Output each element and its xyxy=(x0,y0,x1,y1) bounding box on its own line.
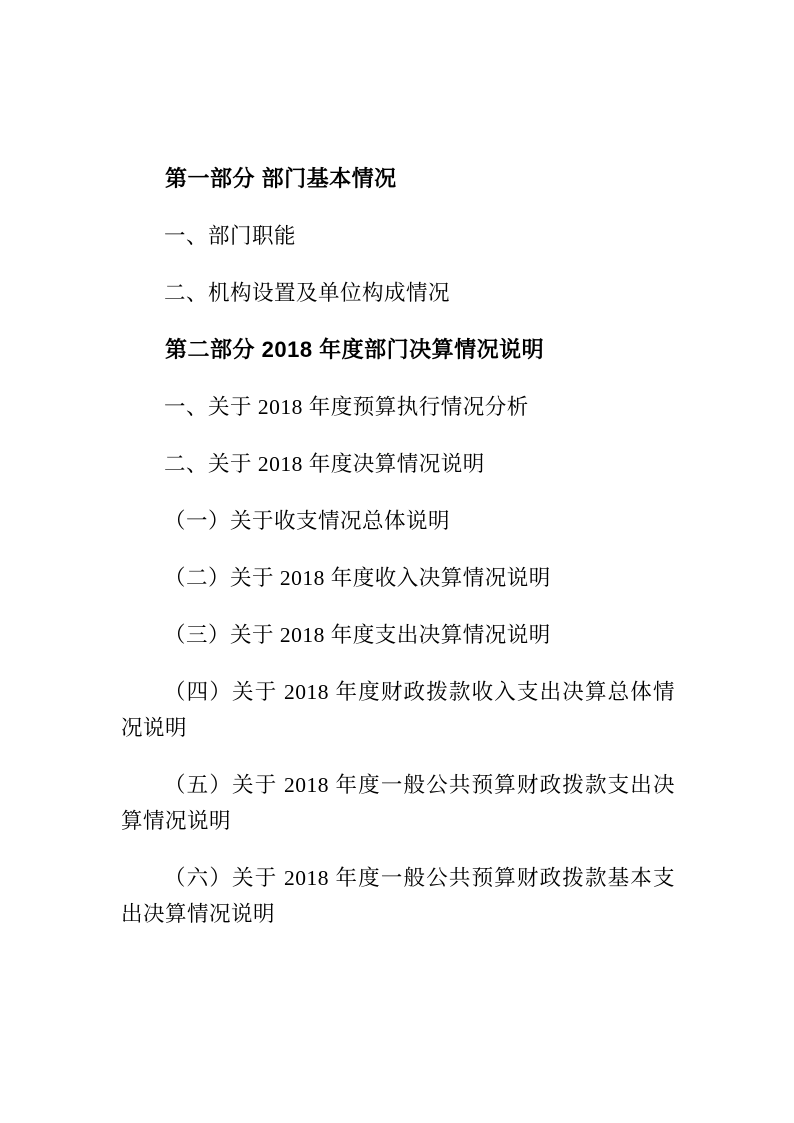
part2-subitem-1: （一）关于收支情况总体说明 xyxy=(121,503,675,539)
part2-item-1: 一、关于 2018 年度预算执行情况分析 xyxy=(121,389,675,425)
part2-subitem-2: （二）关于 2018 年度收入决算情况说明 xyxy=(121,560,675,596)
part2-subitem-4: （四）关于 2018 年度财政拨款收入支出决算总体情况说明 xyxy=(121,674,675,746)
part1-item-2: 二、机构设置及单位构成情况 xyxy=(121,275,675,311)
part2-item-2: 二、关于 2018 年度决算情况说明 xyxy=(121,446,675,482)
part1-heading: 第一部分 部门基本情况 xyxy=(121,161,675,197)
document-page: 第一部分 部门基本情况 一、部门职能 二、机构设置及单位构成情况 第二部分 20… xyxy=(0,0,794,1123)
part2-subitem-3: （三）关于 2018 年度支出决算情况说明 xyxy=(121,617,675,653)
part1-item-1: 一、部门职能 xyxy=(121,218,675,254)
part2-heading: 第二部分 2018 年度部门决算情况说明 xyxy=(121,332,675,368)
part2-subitem-5: （五）关于 2018 年度一般公共预算财政拨款支出决算情况说明 xyxy=(121,767,675,839)
part2-subitem-6: （六）关于 2018 年度一般公共预算财政拨款基本支出决算情况说明 xyxy=(121,860,675,932)
